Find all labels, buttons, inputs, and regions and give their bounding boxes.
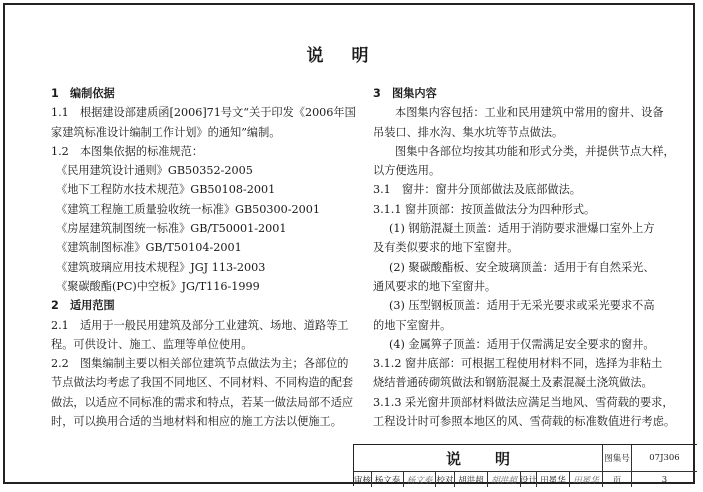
standard-item: 《地下工程防水技术规范》GB50108-2001 [51, 180, 351, 199]
page-label: 页 [603, 472, 632, 487]
atlas-no-value: 07J306 [632, 445, 697, 472]
right-column: 3 图集内容 本图集内容包括：工业和民用建筑中常用的窗井、设备 吊装口、排水沟、… [373, 84, 673, 431]
standard-item: 《建筑玻璃应用技术规程》JGJ 113-2003 [51, 258, 351, 277]
standard-item: 《建筑工程施工质量验收统一标准》GB50300-2001 [51, 200, 351, 219]
item-2-line2: 通风要求的地下室窗井。 [373, 277, 673, 296]
intro1-line2: 吊装口、排水沟、集水坑等节点做法。 [373, 123, 673, 142]
standard-item: 《建筑制图标准》GB/T50104-2001 [51, 238, 351, 257]
section-2-heading: 2 适用范围 [51, 296, 351, 315]
para-1-1-line2: 家建筑标准设计编制工作计划》的通知”编制。 [51, 123, 351, 142]
designer-label: 设计 [521, 472, 537, 487]
reviewer-label: 审核 [354, 472, 372, 487]
reviewer-signature: 杨文泰 [404, 472, 436, 487]
para-2-1-line2: 程。可供设计、施工、监理等单位使用。 [51, 335, 351, 354]
section-3-heading: 3 图集内容 [373, 84, 673, 103]
para-3-1: 3.1 窗井：窗井分顶部做法及底部做法。 [373, 180, 673, 199]
item-1-line2: 及有类似要求的地下室窗井。 [373, 238, 673, 257]
designer-signature: 田冕华 [570, 472, 603, 487]
intro2-line2: 以方便选用。 [373, 161, 673, 180]
para-3-1-3-line1: 3.1.3 采光窗井顶部材料做法应满足当地风、雪荷载的要求， [373, 393, 673, 412]
intro2-line1: 图集中各部位均按其功能和形式分类，并提供节点大样， [373, 142, 673, 161]
standard-item: 《聚碳酸酯(PC)中空板》JG/T116-1999 [51, 277, 351, 296]
left-column: 1 编制依据 1.1 根据建设部建质函[2006]71号文“关于印发《2006年… [51, 84, 351, 431]
para-3-1-3-line2: 工程设计时可参照本地区的风、雪荷载的标准数值进行考虑。 [373, 412, 673, 431]
item-3-line2: 的地下室窗井。 [373, 316, 673, 335]
section-1-heading: 1 编制依据 [51, 84, 351, 103]
intro1-line1: 本图集内容包括：工业和民用建筑中常用的窗井、设备 [373, 103, 673, 122]
atlas-no-label: 图集号 [603, 445, 632, 472]
para-2-2-line3: 做法，以适应不同标准的需求和特点，若某一做法局部不适应 [51, 393, 351, 412]
page-title: 说明 [0, 41, 703, 66]
item-2-line1: (2) 聚碳酸酯板、安全玻璃顶盖：适用于有自然采光、 [373, 258, 673, 277]
para-1-2: 1.2 本图集依据的标准规范： [51, 142, 351, 161]
title-block: 说明 图集号 07J306 审核 杨文泰 杨文泰 校对 胡洪超 胡洪超 设计 田… [353, 444, 697, 486]
page-number: 3 [632, 472, 697, 487]
item-1-line1: (1) 钢筋混凝土顶盖：适用于消防要求泄爆口室外上方 [373, 219, 673, 238]
reviewer-name: 杨文泰 [372, 472, 404, 487]
standard-item: 《房屋建筑制图统一标准》GB/T50001-2001 [51, 219, 351, 238]
para-2-1-line1: 2.1 适用于一般民用建筑及部分工业建筑、场地、道路等工 [51, 316, 351, 335]
checker-signature: 胡洪超 [488, 472, 521, 487]
para-2-2-line4: 时，可以换用合适的当地材料和相应的施工方法以便施工。 [51, 412, 351, 431]
drawing-title: 说明 [354, 445, 603, 472]
item-4-line1: (4) 金属箅子顶盖：适用于仅需满足安全要求的窗井。 [373, 335, 673, 354]
para-3-1-1: 3.1.1 窗井顶部：按顶盖做法分为四种形式。 [373, 200, 673, 219]
para-3-1-2-line2: 烧结普通砖砌筑做法和钢筋混凝土及素混凝土浇筑做法。 [373, 373, 673, 392]
item-3-line1: (3) 压型钢板顶盖：适用于无采光要求或采光要求不高 [373, 296, 673, 315]
para-3-1-2-line1: 3.1.2 窗井底部：可根据工程使用材料不同，选择为非粘土 [373, 354, 673, 373]
para-2-2-line1: 2.2 图集编制主要以相关部位建筑节点做法为主；各部位的 [51, 354, 351, 373]
para-1-1-line1: 1.1 根据建设部建质函[2006]71号文“关于印发《2006年国 [51, 103, 351, 122]
checker-name: 胡洪超 [455, 472, 488, 487]
designer-name: 田冕华 [537, 472, 570, 487]
para-2-2-line2: 节点做法均考虑了我国不同地区、不同材料、不同构造的配套 [51, 373, 351, 392]
standard-item: 《民用建筑设计通则》GB50352-2005 [51, 161, 351, 180]
checker-label: 校对 [436, 472, 455, 487]
